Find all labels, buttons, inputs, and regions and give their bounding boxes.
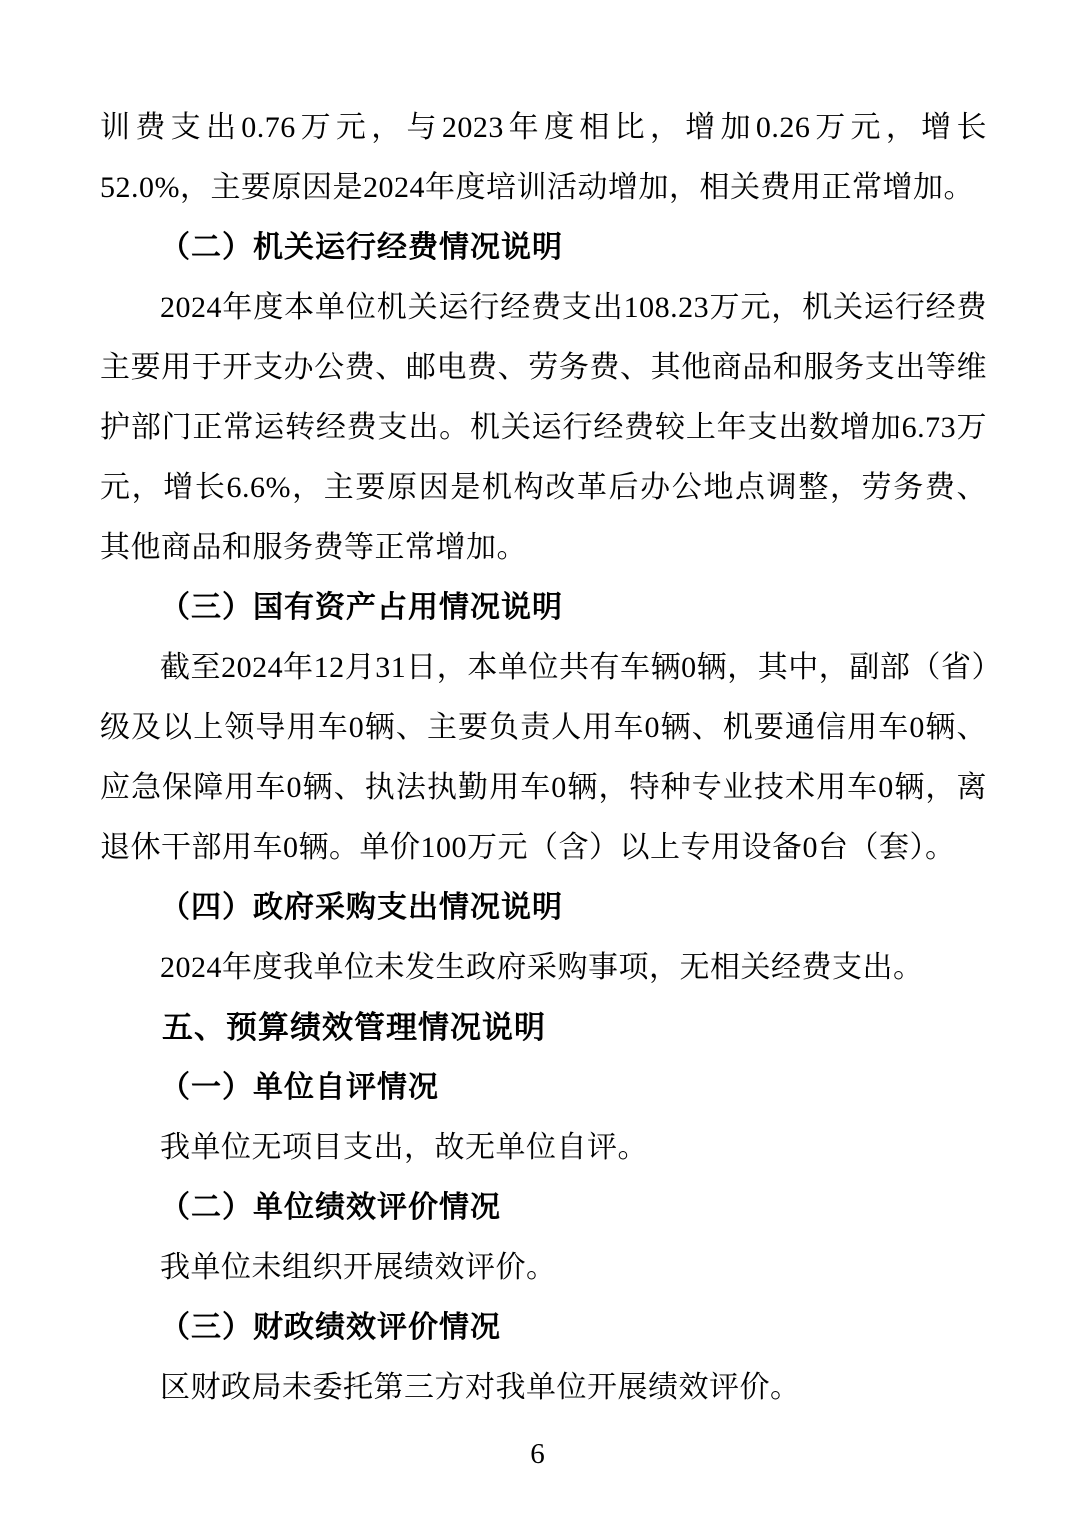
subsection-heading: （一）单位自评情况 bbox=[100, 1058, 987, 1118]
subsection-heading: （三）财政绩效评价情况 bbox=[100, 1298, 987, 1358]
section-body: 2024年度我单位未发生政府采购事项，无相关经费支出。 bbox=[100, 938, 987, 998]
section-body: 截至2024年12月31日，本单位共有车辆0辆，其中，副部（省）级及以上领导用车… bbox=[100, 638, 987, 878]
continued-paragraph: 训费支出0.76万元，与2023年度相比，增加0.26万元，增长52.0%，主要… bbox=[100, 98, 987, 218]
subsection-heading: （二）单位绩效评价情况 bbox=[100, 1178, 987, 1238]
section-heading: （四）政府采购支出情况说明 bbox=[100, 878, 987, 938]
subsection-body: 我单位未组织开展绩效评价。 bbox=[100, 1238, 987, 1298]
page-number: 6 bbox=[530, 1438, 545, 1470]
page-footer: 6 bbox=[0, 1436, 1075, 1472]
subsection-body: 区财政局未委托第三方对我单位开展绩效评价。 bbox=[100, 1358, 987, 1418]
section-heading: （二）机关运行经费情况说明 bbox=[100, 218, 987, 278]
subsection-body: 我单位无项目支出，故无单位自评。 bbox=[100, 1118, 987, 1178]
document-page: 训费支出0.76万元，与2023年度相比，增加0.26万元，增长52.0%，主要… bbox=[0, 0, 1075, 1520]
section-body: 2024年度本单位机关运行经费支出108.23万元，机关运行经费主要用于开支办公… bbox=[100, 278, 987, 578]
chapter-heading: 五、预算绩效管理情况说明 bbox=[100, 998, 987, 1058]
section-heading: （三）国有资产占用情况说明 bbox=[100, 578, 987, 638]
